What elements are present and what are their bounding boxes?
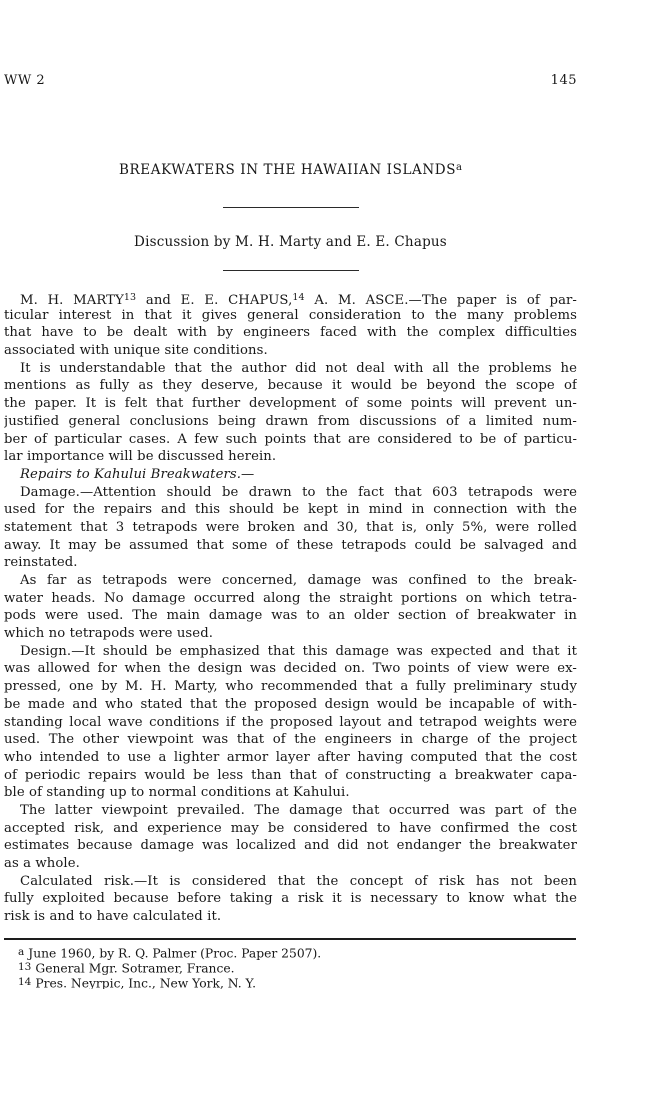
body-text-line: Damage.—Attention should be drawn to the… bbox=[4, 484, 577, 502]
body-text-line: Repairs to Kahului Breakwaters.— bbox=[4, 466, 577, 484]
body-text-line: which no tetrapods were used. bbox=[4, 625, 577, 643]
footnote-item: aJune 1960, by R. Q. Palmer (Proc. Paper… bbox=[4, 945, 577, 960]
title-separator-rule bbox=[223, 207, 359, 208]
footnote-text: General Mgr. Sotramer, France. bbox=[35, 961, 234, 974]
body-text-line: standing local wave conditions if the pr… bbox=[4, 714, 577, 732]
body-text-line: The latter viewpoint prevailed. The dama… bbox=[4, 802, 577, 820]
page-number: 145 bbox=[551, 73, 577, 88]
body-text-line: Calculated risk.—It is considered that t… bbox=[4, 873, 577, 891]
footnote-item: 13General Mgr. Sotramer, France. bbox=[4, 960, 577, 975]
body-text-line: lar importance will be discussed herein. bbox=[4, 448, 577, 466]
body-text: M. H. MARTY13 and E. E. CHAPUS,14 A. M. … bbox=[4, 289, 577, 926]
body-text-line: fully exploited because before taking a … bbox=[4, 890, 577, 908]
body-text-line: used. The other viewpoint was that of th… bbox=[4, 731, 577, 749]
body-text-line: accepted risk, and experience may be con… bbox=[4, 820, 577, 838]
footnote-item: 14Pres. Neyrpic, Inc., New York, N. Y. bbox=[4, 975, 577, 990]
running-header: WW 2 145 bbox=[4, 73, 577, 88]
footnote-marker: 13 bbox=[18, 961, 31, 973]
paper-title-text: BREAKWATERS IN THE HAWAIIAN ISLANDS bbox=[119, 162, 456, 178]
superscript-reference: 14 bbox=[292, 292, 304, 303]
footnote-text: June 1960, by R. Q. Palmer (Proc. Paper … bbox=[28, 947, 321, 960]
discussion-byline: Discussion by M. H. Marty and E. E. Chap… bbox=[4, 234, 577, 250]
footnote-separator-rule bbox=[4, 938, 576, 940]
body-text-line: pods were used. The main damage was to a… bbox=[4, 607, 577, 625]
superscript-reference: 13 bbox=[124, 292, 136, 303]
body-text-line: statement that 3 tetrapods were broken a… bbox=[4, 519, 577, 537]
body-text-line: ble of standing up to normal conditions … bbox=[4, 784, 577, 802]
body-text-line: reinstated. bbox=[4, 554, 577, 572]
body-text-line: away. It may be assumed that some of the… bbox=[4, 537, 577, 555]
body-text-line: M. H. MARTY13 and E. E. CHAPUS,14 A. M. … bbox=[4, 289, 577, 307]
body-text-line: estimates because damage was localized a… bbox=[4, 837, 577, 855]
body-text-line: Design.—It should be emphasized that thi… bbox=[4, 643, 577, 661]
body-text-line: mentions as fully as they deserve, becau… bbox=[4, 377, 577, 395]
body-text-line: justified general conclusions being draw… bbox=[4, 413, 577, 431]
footnote-marker: 14 bbox=[18, 976, 31, 988]
body-text-line: as a whole. bbox=[4, 855, 577, 873]
body-text-line: the paper. It is felt that further devel… bbox=[4, 395, 577, 413]
paper-title-footnote-marker: a bbox=[456, 162, 462, 173]
footnote-text: Pres. Neyrpic, Inc., New York, N. Y. bbox=[35, 976, 256, 989]
body-text-line: risk is and to have calculated it. bbox=[4, 908, 577, 926]
body-text-line: water heads. No damage occurred along th… bbox=[4, 590, 577, 608]
body-text-line: that have to be dealt with by engineers … bbox=[4, 324, 577, 342]
body-text-line: associated with unique site conditions. bbox=[4, 342, 577, 360]
body-text-line: ber of particular cases. A few such poin… bbox=[4, 431, 577, 449]
document-page: WW 2 145 BREAKWATERS IN THE HAWAIIAN ISL… bbox=[0, 0, 650, 1099]
footnote-marker: a bbox=[18, 946, 24, 958]
body-text-line: was allowed for when the design was deci… bbox=[4, 660, 577, 678]
byline-separator-rule bbox=[223, 270, 359, 271]
paper-title: BREAKWATERS IN THE HAWAIIAN ISLANDSa bbox=[4, 162, 577, 178]
running-header-section: WW 2 bbox=[4, 73, 45, 88]
page-content-column: WW 2 145 BREAKWATERS IN THE HAWAIIAN ISL… bbox=[4, 0, 577, 1099]
body-text-line: of periodic repairs would be less than t… bbox=[4, 767, 577, 785]
body-text-line: It is understandable that the author did… bbox=[4, 360, 577, 378]
body-text-line: be made and who stated that the proposed… bbox=[4, 696, 577, 714]
footnotes: aJune 1960, by R. Q. Palmer (Proc. Paper… bbox=[4, 945, 577, 989]
body-text-line: used for the repairs and this should be … bbox=[4, 501, 577, 519]
body-text-line: pressed, one by M. H. Marty, who recomme… bbox=[4, 678, 577, 696]
body-text-line: ticular interest in that it gives genera… bbox=[4, 307, 577, 325]
body-text-line: As far as tetrapods were concerned, dama… bbox=[4, 572, 577, 590]
body-text-line: who intended to use a lighter armor laye… bbox=[4, 749, 577, 767]
